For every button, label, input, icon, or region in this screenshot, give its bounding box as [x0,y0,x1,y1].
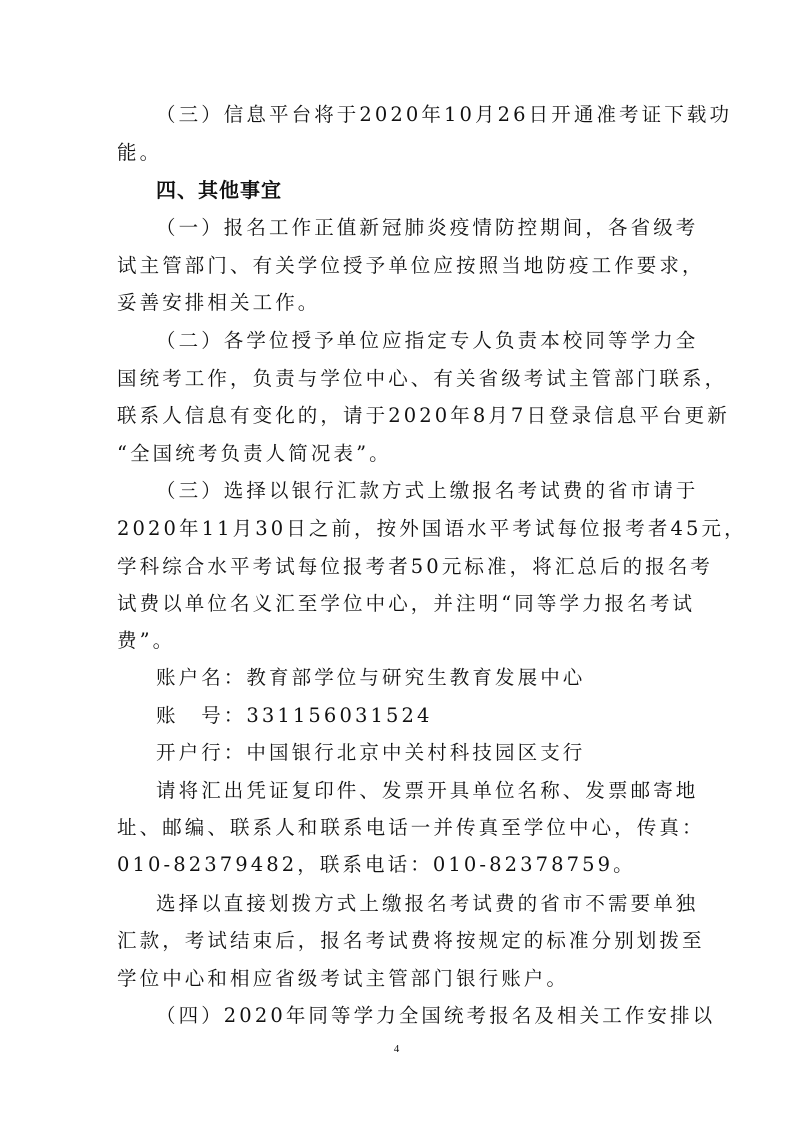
text-line: 妥善安排相关工作。 [117,290,679,316]
document-page: （三）信息平台将于2020年10月26日开通准考证下载功能。四、其他事宜（一）报… [0,0,793,1122]
text-line: 能。 [117,140,679,166]
text-line: （一）报名工作正值新冠肺炎疫情防控期间，各省级考 [156,215,679,241]
text-line: 学位中心和相应省级考试主管部门银行账户。 [117,966,679,992]
text-line: （二）各学位授予单位应指定专人负责本校同等学力全 [156,328,679,354]
text-line: 联系人信息有变化的，请于2020年8月7日登录信息平台更新 [117,403,679,429]
text-line: 址、邮编、联系人和联系电话一并传真至学位中心，传真： [117,815,679,841]
text-line: 选择以直接划拨方式上缴报名考试费的省市不需要单独 [156,891,679,917]
text-line: （三）选择以银行汇款方式上缴报名考试费的省市请于 [156,478,679,504]
page-number: 4 [0,1043,793,1055]
text-line: 学科综合水平考试每位报考者50元标准，将汇总后的报名考 [117,554,679,580]
text-line: 汇款，考试结束后，报名考试费将按规定的标准分别划拨至 [117,928,679,954]
text-line: 账 号：331156031524 [156,703,679,729]
text-line: 账户名：教育部学位与研究生教育发展中心 [156,665,679,691]
text-line: 试主管部门、有关学位授予单位应按照当地防疫工作要求， [117,253,679,279]
text-line: 费”。 [117,628,679,654]
text-line: “全国统考负责人简况表”。 [117,441,679,467]
text-line: （三）信息平台将于2020年10月26日开通准考证下载功 [156,102,679,128]
section-heading: 四、其他事宜 [156,177,679,203]
text-line: 国统考工作，负责与学位中心、有关省级考试主管部门联系， [117,366,679,392]
text-line: （四）2020年同等学力全国统考报名及相关工作安排以 [156,1003,679,1029]
text-line: 开户行：中国银行北京中关村科技园区支行 [156,740,679,766]
text-line: 请将汇出凭证复印件、发票开具单位名称、发票邮寄地 [156,778,679,804]
text-line: 试费以单位名义汇至学位中心，并注明“同等学力报名考试 [117,591,679,617]
text-line: 010-82379482，联系电话：010-82378759。 [117,852,679,878]
text-line: 2020年11月30日之前，按外国语水平考试每位报考者45元， [117,516,679,542]
